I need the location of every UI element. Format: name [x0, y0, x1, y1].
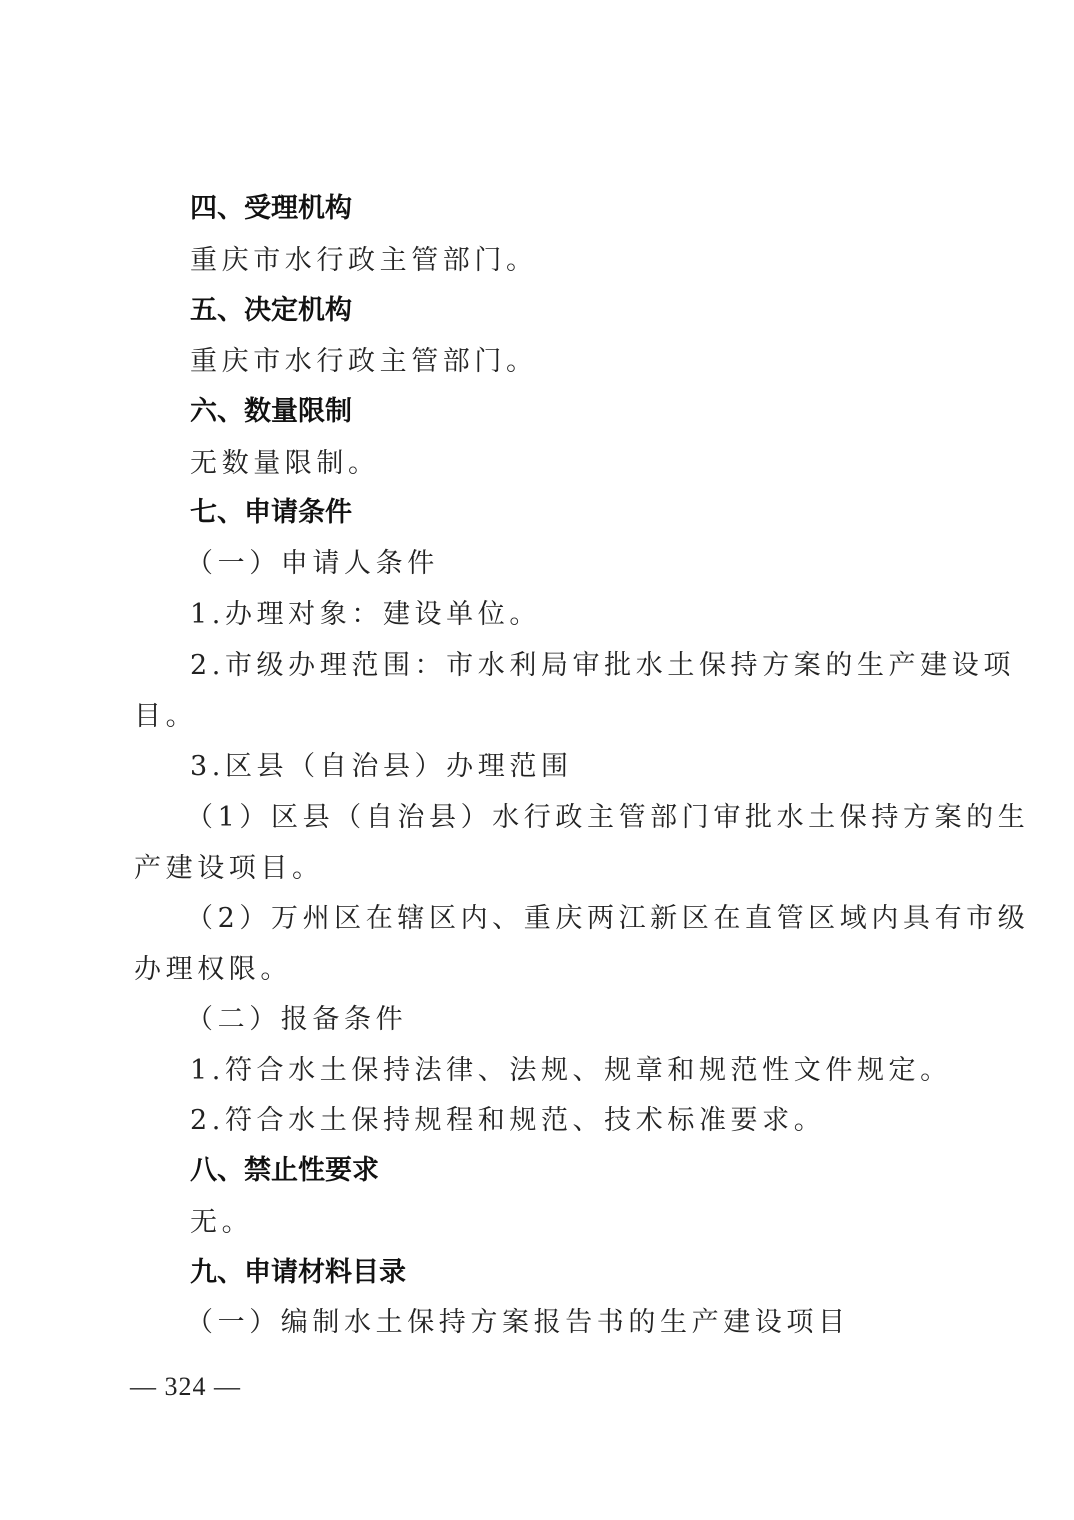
section-heading-accepting-agency: 四、受理机构	[190, 193, 352, 225]
list-item: 2.市级办理范围：市水利局审批水土保持方案的生产建设项	[190, 650, 1015, 682]
section-heading-application-conditions: 七、申请条件	[190, 497, 352, 529]
sub-list-item: （1）区县（自治县）水行政主管部门审批水土保持方案的生	[186, 802, 1029, 834]
document-page: 四、受理机构 重庆市水行政主管部门。 五、决定机构 重庆市水行政主管部门。 六、…	[0, 0, 1074, 1520]
paragraph: 重庆市水行政主管部门。	[190, 245, 538, 277]
paragraph: 无数量限制。	[190, 448, 380, 480]
section-heading-prohibitions: 八、禁止性要求	[190, 1155, 379, 1187]
section-heading-decision-agency: 五、决定机构	[190, 295, 352, 327]
sub-list-item-continuation: 办理权限。	[134, 954, 292, 986]
list-item: 1.办理对象：建设单位。	[190, 599, 541, 631]
page-number: — 324 —	[130, 1372, 241, 1402]
paragraph: 重庆市水行政主管部门。	[190, 346, 538, 378]
section-heading-quantity-limit: 六、数量限制	[190, 396, 352, 428]
subsection-heading: （二）报备条件	[186, 1004, 407, 1036]
list-item-continuation: 目。	[134, 701, 197, 733]
list-item: 3.区县（自治县）办理范围	[190, 751, 573, 783]
sub-list-item: （2）万州区在辖区内、重庆两江新区在直管区域内具有市级	[186, 903, 1029, 935]
subsection-heading: （一）申请人条件	[186, 548, 439, 580]
section-heading-materials-list: 九、申请材料目录	[190, 1257, 406, 1289]
list-item: 1.符合水土保持法律、法规、规章和规范性文件规定。	[190, 1055, 952, 1087]
sub-list-item-continuation: 产建设项目。	[134, 853, 324, 885]
list-item: 2.符合水土保持规程和规范、技术标准要求。	[190, 1105, 825, 1137]
subsection-heading: （一）编制水土保持方案报告书的生产建设项目	[186, 1307, 850, 1339]
paragraph: 无。	[190, 1207, 253, 1239]
